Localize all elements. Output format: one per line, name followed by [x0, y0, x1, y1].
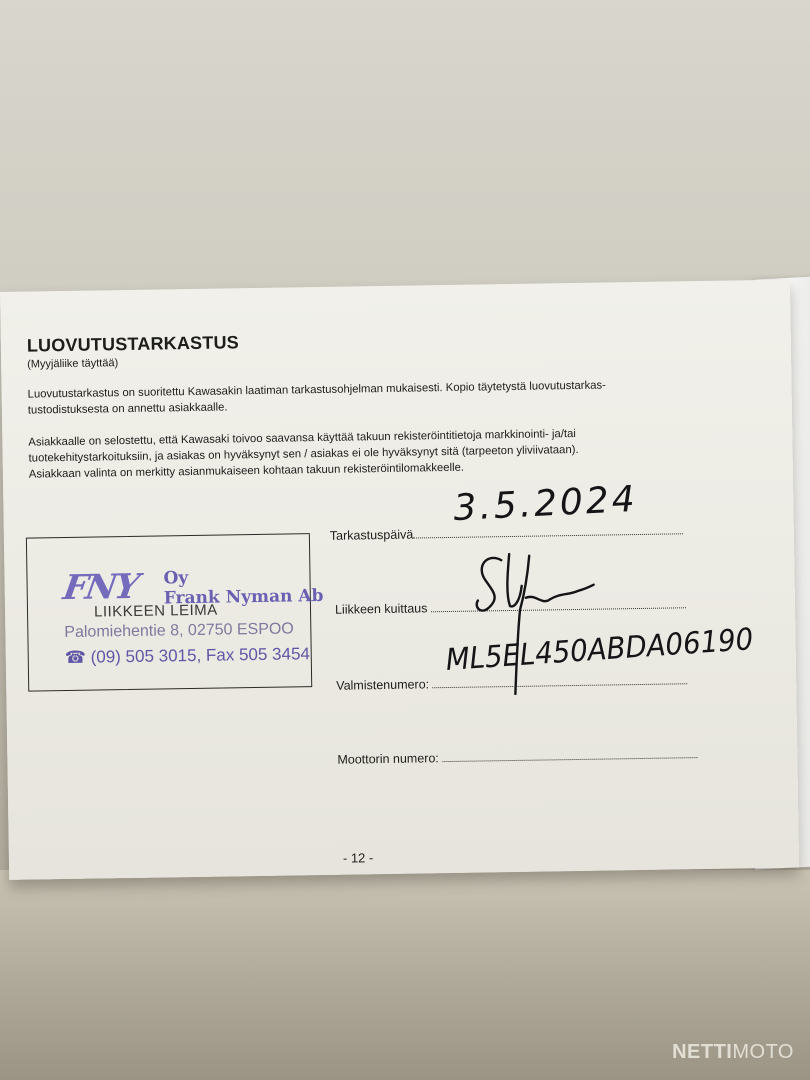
watermark-bold: NETTI [672, 1041, 732, 1063]
page-number: - 12 - [343, 850, 374, 865]
paragraph-inspection: Luovutustarkastus on suoritettu Kawasaki… [27, 375, 747, 418]
page-content: LUOVUTUSTARKASTUS (Myyjäliike täyttää) L… [27, 324, 749, 482]
engine-number-field[interactable]: Moottorin numero: [337, 747, 697, 767]
paragraph-consent: Asiakkaalle on selostettu, että Kawasaki… [28, 423, 749, 482]
dotted-line [413, 529, 683, 538]
dealer-address: Palomiehentie 8, 02750 ESPOO [64, 620, 294, 642]
engine-number-label: Moottorin numero: [337, 751, 439, 767]
watermark-light: MOTO [732, 1041, 794, 1063]
dealer-signature-label: Liikkeen kuittaus [335, 601, 428, 616]
booklet-page: LUOVUTUSTARKASTUS (Myyjäliike täyttää) L… [0, 280, 799, 880]
dotted-line [442, 753, 697, 762]
dealer-company-suffix: Oy [163, 568, 188, 588]
inspection-date-label: Tarkastuspäivä [330, 528, 414, 543]
dealer-logo: FNY [60, 567, 140, 608]
dealer-stamp: FNY Oy Frank Nyman Ab Palomiehentie 8, 0… [63, 563, 354, 608]
inspection-date-handwritten: 3.5.2024 [452, 479, 638, 529]
nettimoto-watermark: NETTIMOTO [672, 1041, 794, 1064]
vin-label: Valmistenumero: [336, 677, 429, 692]
dotted-line [433, 679, 688, 688]
vin-field[interactable]: Valmistenumero: [336, 673, 688, 693]
dealer-phone: ☎ (09) 505 3015, Fax 505 3454 [65, 644, 310, 668]
dealer-stamp-box: LIIKKEEN LEIMA FNY Oy Frank Nyman Ab Pal… [26, 533, 312, 691]
dealer-company-name: Frank Nyman Ab [164, 586, 324, 609]
